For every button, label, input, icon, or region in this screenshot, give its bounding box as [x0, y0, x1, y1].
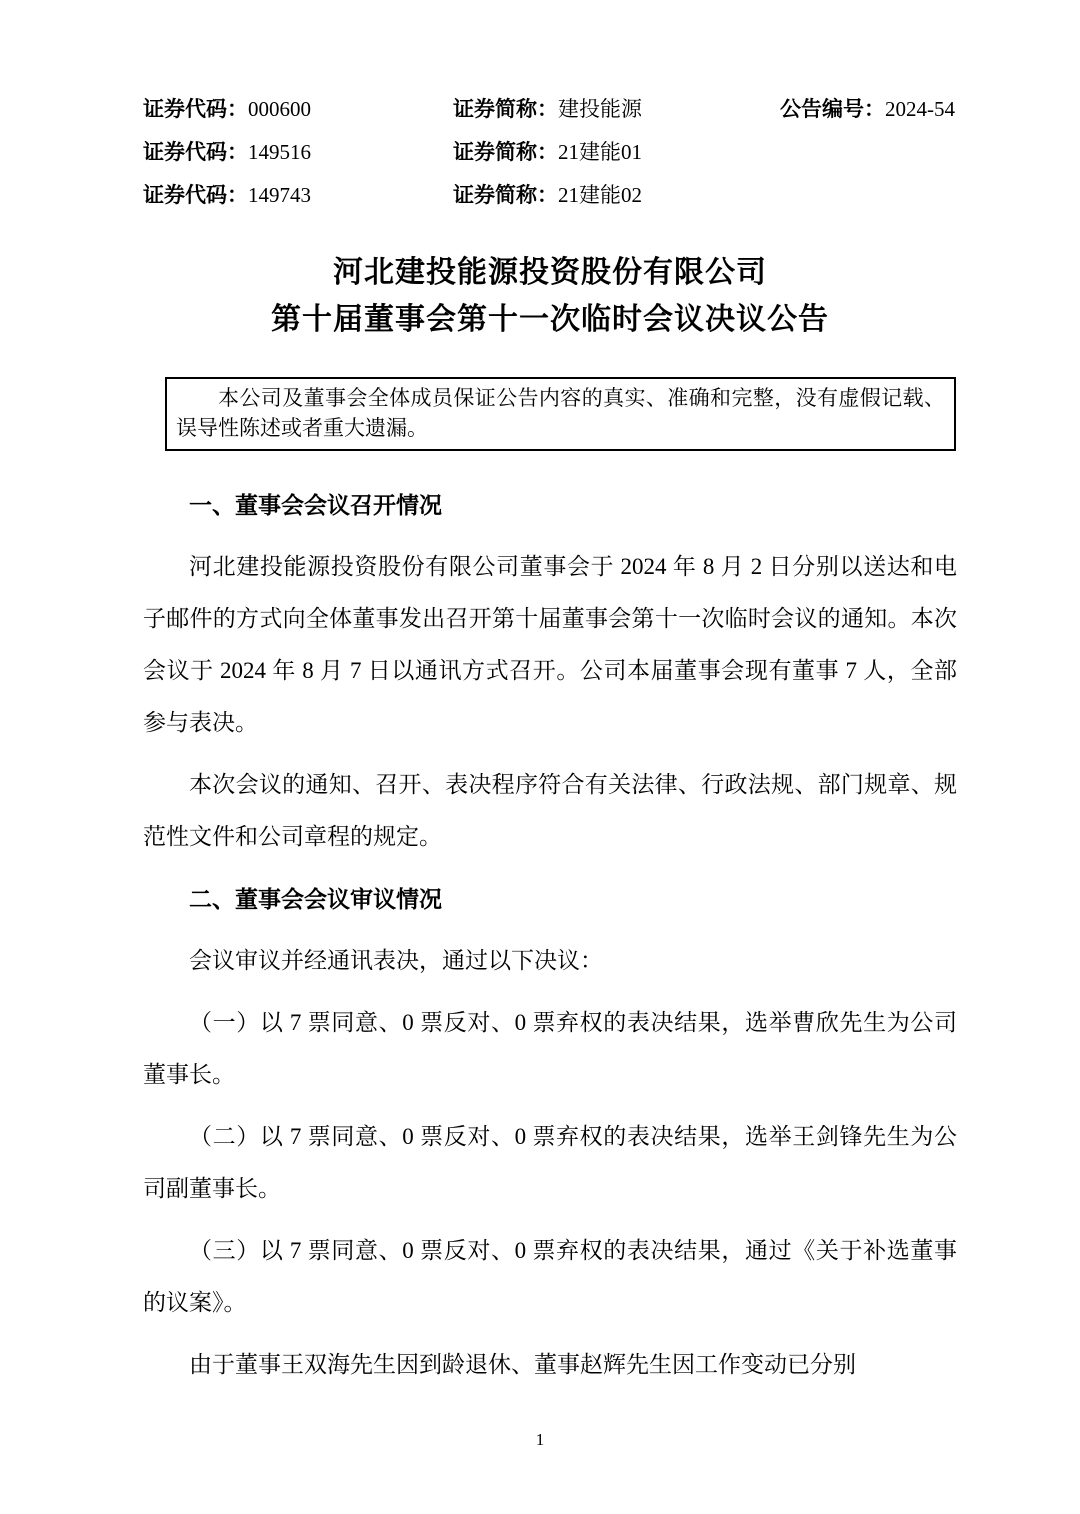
paragraph-procedure-compliance: 本次会议的通知、召开、表决程序符合有关法律、行政法规、部门规章、规范性文件和公司… — [143, 759, 957, 863]
securities-abbr-value: 21建能02 — [558, 183, 642, 207]
securities-abbr-value: 建投能源 — [558, 97, 642, 121]
securities-abbr-cell: 证券简称：21建能02 — [453, 174, 780, 217]
securities-abbr-value: 21建能01 — [558, 140, 642, 164]
securities-abbr-cell: 证券简称：建投能源 — [453, 88, 780, 131]
announcement-number-cell: 公告编号：2024-54 — [780, 88, 957, 131]
paragraph-resolutions-intro: 会议审议并经通讯表决，通过以下决议： — [143, 935, 957, 987]
disclaimer-text: 本公司及董事会全体成员保证公告内容的真实、准确和完整，没有虚假记载、误导性陈述或… — [176, 383, 945, 443]
securities-header: 证券代码：000600 证券简称：建投能源 公告编号：2024-54 证券代码：… — [143, 88, 957, 217]
securities-header-row: 证券代码：149743 证券简称：21建能02 — [143, 174, 957, 217]
paragraph-meeting-notice: 河北建投能源投资股份有限公司董事会于 2024 年 8 月 2 日分别以送达和电… — [143, 541, 957, 749]
paragraph-resolution-2: （二）以 7 票同意、0 票反对、0 票弃权的表决结果，选举王剑锋先生为公司副董… — [143, 1111, 957, 1215]
document-page: 证券代码：000600 证券简称：建投能源 公告编号：2024-54 证券代码：… — [0, 0, 1080, 1514]
paragraph-resolution-3: （三）以 7 票同意、0 票反对、0 票弃权的表决结果，通过《关于补选董事的议案… — [143, 1225, 957, 1329]
empty-cell — [780, 174, 957, 217]
securities-header-row: 证券代码：149516 证券简称：21建能01 — [143, 131, 957, 174]
announcement-number-label: 公告编号： — [780, 98, 885, 121]
securities-abbr-cell: 证券简称：21建能01 — [453, 131, 780, 174]
securities-abbr-label: 证券简称： — [453, 184, 558, 207]
securities-code-value: 149743 — [248, 183, 311, 207]
paragraph-resolution-1: （一）以 7 票同意、0 票反对、0 票弃权的表决结果，选举曹欣先生为公司董事长… — [143, 997, 957, 1101]
section-heading-1: 一、董事会会议召开情况 — [143, 479, 957, 531]
securities-abbr-label: 证券简称： — [453, 141, 558, 164]
securities-code-label: 证券代码： — [143, 184, 248, 207]
securities-code-cell: 证券代码：149516 — [143, 131, 453, 174]
document-content: 证券代码：000600 证券简称：建投能源 公告编号：2024-54 证券代码：… — [143, 0, 957, 1401]
empty-cell — [780, 131, 957, 174]
securities-code-cell: 证券代码：149743 — [143, 174, 453, 217]
disclaimer-box: 本公司及董事会全体成员保证公告内容的真实、准确和完整，没有虚假记载、误导性陈述或… — [165, 377, 956, 451]
securities-code-label: 证券代码： — [143, 98, 248, 121]
securities-code-value: 000600 — [248, 97, 311, 121]
section-heading-2: 二、董事会会议审议情况 — [143, 873, 957, 925]
document-title-line1: 河北建投能源投资股份有限公司 — [143, 249, 957, 296]
document-body: 一、董事会会议召开情况 河北建投能源投资股份有限公司董事会于 2024 年 8 … — [143, 479, 957, 1391]
securities-code-value: 149516 — [248, 140, 311, 164]
securities-code-label: 证券代码： — [143, 141, 248, 164]
paragraph-director-changes: 由于董事王双海先生因到龄退休、董事赵辉先生因工作变动已分别 — [143, 1339, 957, 1391]
page-number: 1 — [0, 1430, 1080, 1450]
securities-abbr-label: 证券简称： — [453, 98, 558, 121]
announcement-number-value: 2024-54 — [885, 97, 955, 121]
securities-header-row: 证券代码：000600 证券简称：建投能源 公告编号：2024-54 — [143, 88, 957, 131]
document-title: 河北建投能源投资股份有限公司 第十届董事会第十一次临时会议决议公告 — [143, 249, 957, 343]
document-title-line2: 第十届董事会第十一次临时会议决议公告 — [143, 296, 957, 343]
securities-code-cell: 证券代码：000600 — [143, 88, 453, 131]
